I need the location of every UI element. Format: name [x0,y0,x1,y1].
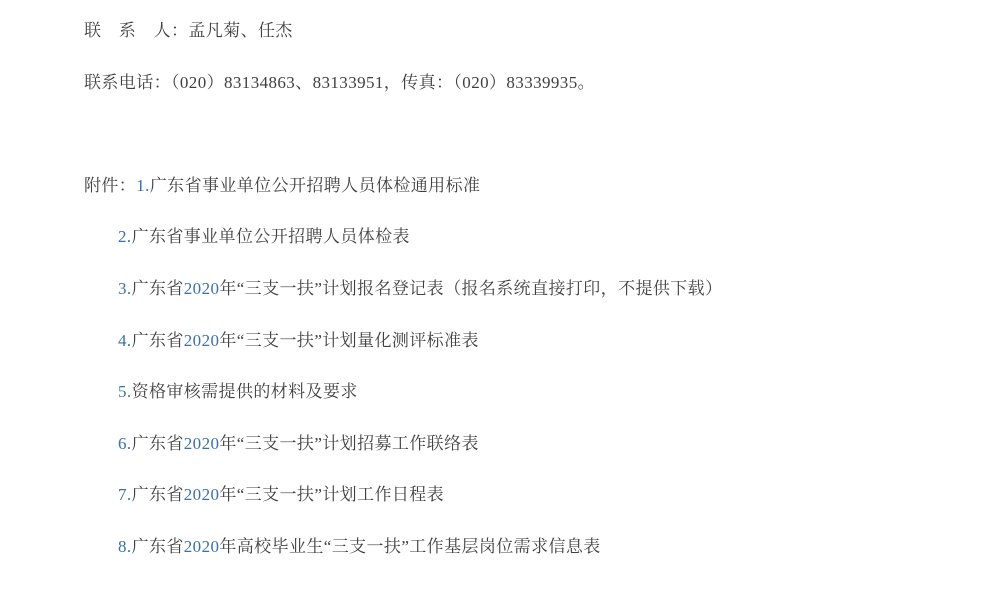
attachment-number: 5. [118,382,132,401]
attachment-number: 2. [118,227,132,246]
contact-person-value: 孟凡菊、任杰 [188,21,292,40]
attachment-title-pre: 广东省 [132,485,184,504]
attachment-title-post: 年“三支一扶”计划量化测评标准表 [219,331,479,350]
attachment-number: 3. [118,279,132,298]
attachment-item-6: 6.广东省2020年“三支一扶”计划招募工作联络表 [0,418,986,470]
blank-line [0,108,986,160]
attachment-title-pre: 广东省 [132,434,184,453]
attachment-title-post: 年高校毕业生“三支一扶”工作基层岗位需求信息表 [219,537,600,556]
attachment-title-pre: 广东省 [132,331,184,350]
attachment-item-3: 3.广东省2020年“三支一扶”计划报名登记表（报名系统直接打印，不提供下载） [0,263,986,315]
attachment-item-1: 附件：1.广东省事业单位公开招聘人员体检通用标准 [0,160,986,212]
attachment-item-5: 5.资格审核需提供的材料及要求 [0,366,986,418]
attachment-title-post: 年“三支一扶”计划工作日程表 [219,485,444,504]
document-page: 联 系 人：孟凡菊、任杰 联系电话：（020）83134863、83133951… [0,0,986,573]
attachment-item-8: 8.广东省2020年高校毕业生“三支一扶”工作基层岗位需求信息表 [0,521,986,573]
attachment-year: 2020 [184,434,220,453]
attachment-number: 1. [136,176,150,195]
attachment-item-7: 7.广东省2020年“三支一扶”计划工作日程表 [0,469,986,521]
attachment-title-post: 年“三支一扶”计划报名登记表（报名系统直接打印，不提供下载） [219,279,722,298]
attachment-title-pre: 资格审核需提供的材料及要求 [132,382,358,401]
attachment-item-2: 2.广东省事业单位公开招聘人员体检表 [0,211,986,263]
attachment-number: 7. [118,485,132,504]
attachment-year: 2020 [184,485,220,504]
attachment-title-pre: 广东省 [132,279,184,298]
attachment-year: 2020 [184,331,220,350]
attachments-section: 附件：1.广东省事业单位公开招聘人员体检通用标准 2.广东省事业单位公开招聘人员… [0,160,986,573]
contact-phone-line: 联系电话：（020）83134863、83133951，传真：（020）8333… [0,57,986,109]
attachment-title-post: 年“三支一扶”计划招募工作联络表 [219,434,479,453]
contact-person-line: 联 系 人：孟凡菊、任杰 [0,5,986,57]
attachment-number: 6. [118,434,132,453]
attachment-title-pre: 广东省 [132,537,184,556]
attachments-label: 附件： [84,176,136,195]
contact-person-label: 联 系 人： [84,21,188,40]
contact-phone-text: 联系电话：（020）83134863、83133951，传真：（020）8333… [84,73,595,92]
attachment-number: 4. [118,331,132,350]
attachment-year: 2020 [184,279,220,298]
attachment-title-pre: 广东省事业单位公开招聘人员体检通用标准 [150,176,481,195]
attachment-title-pre: 广东省事业单位公开招聘人员体检表 [132,227,410,246]
attachment-number: 8. [118,537,132,556]
attachment-item-4: 4.广东省2020年“三支一扶”计划量化测评标准表 [0,315,986,367]
attachment-year: 2020 [184,537,220,556]
